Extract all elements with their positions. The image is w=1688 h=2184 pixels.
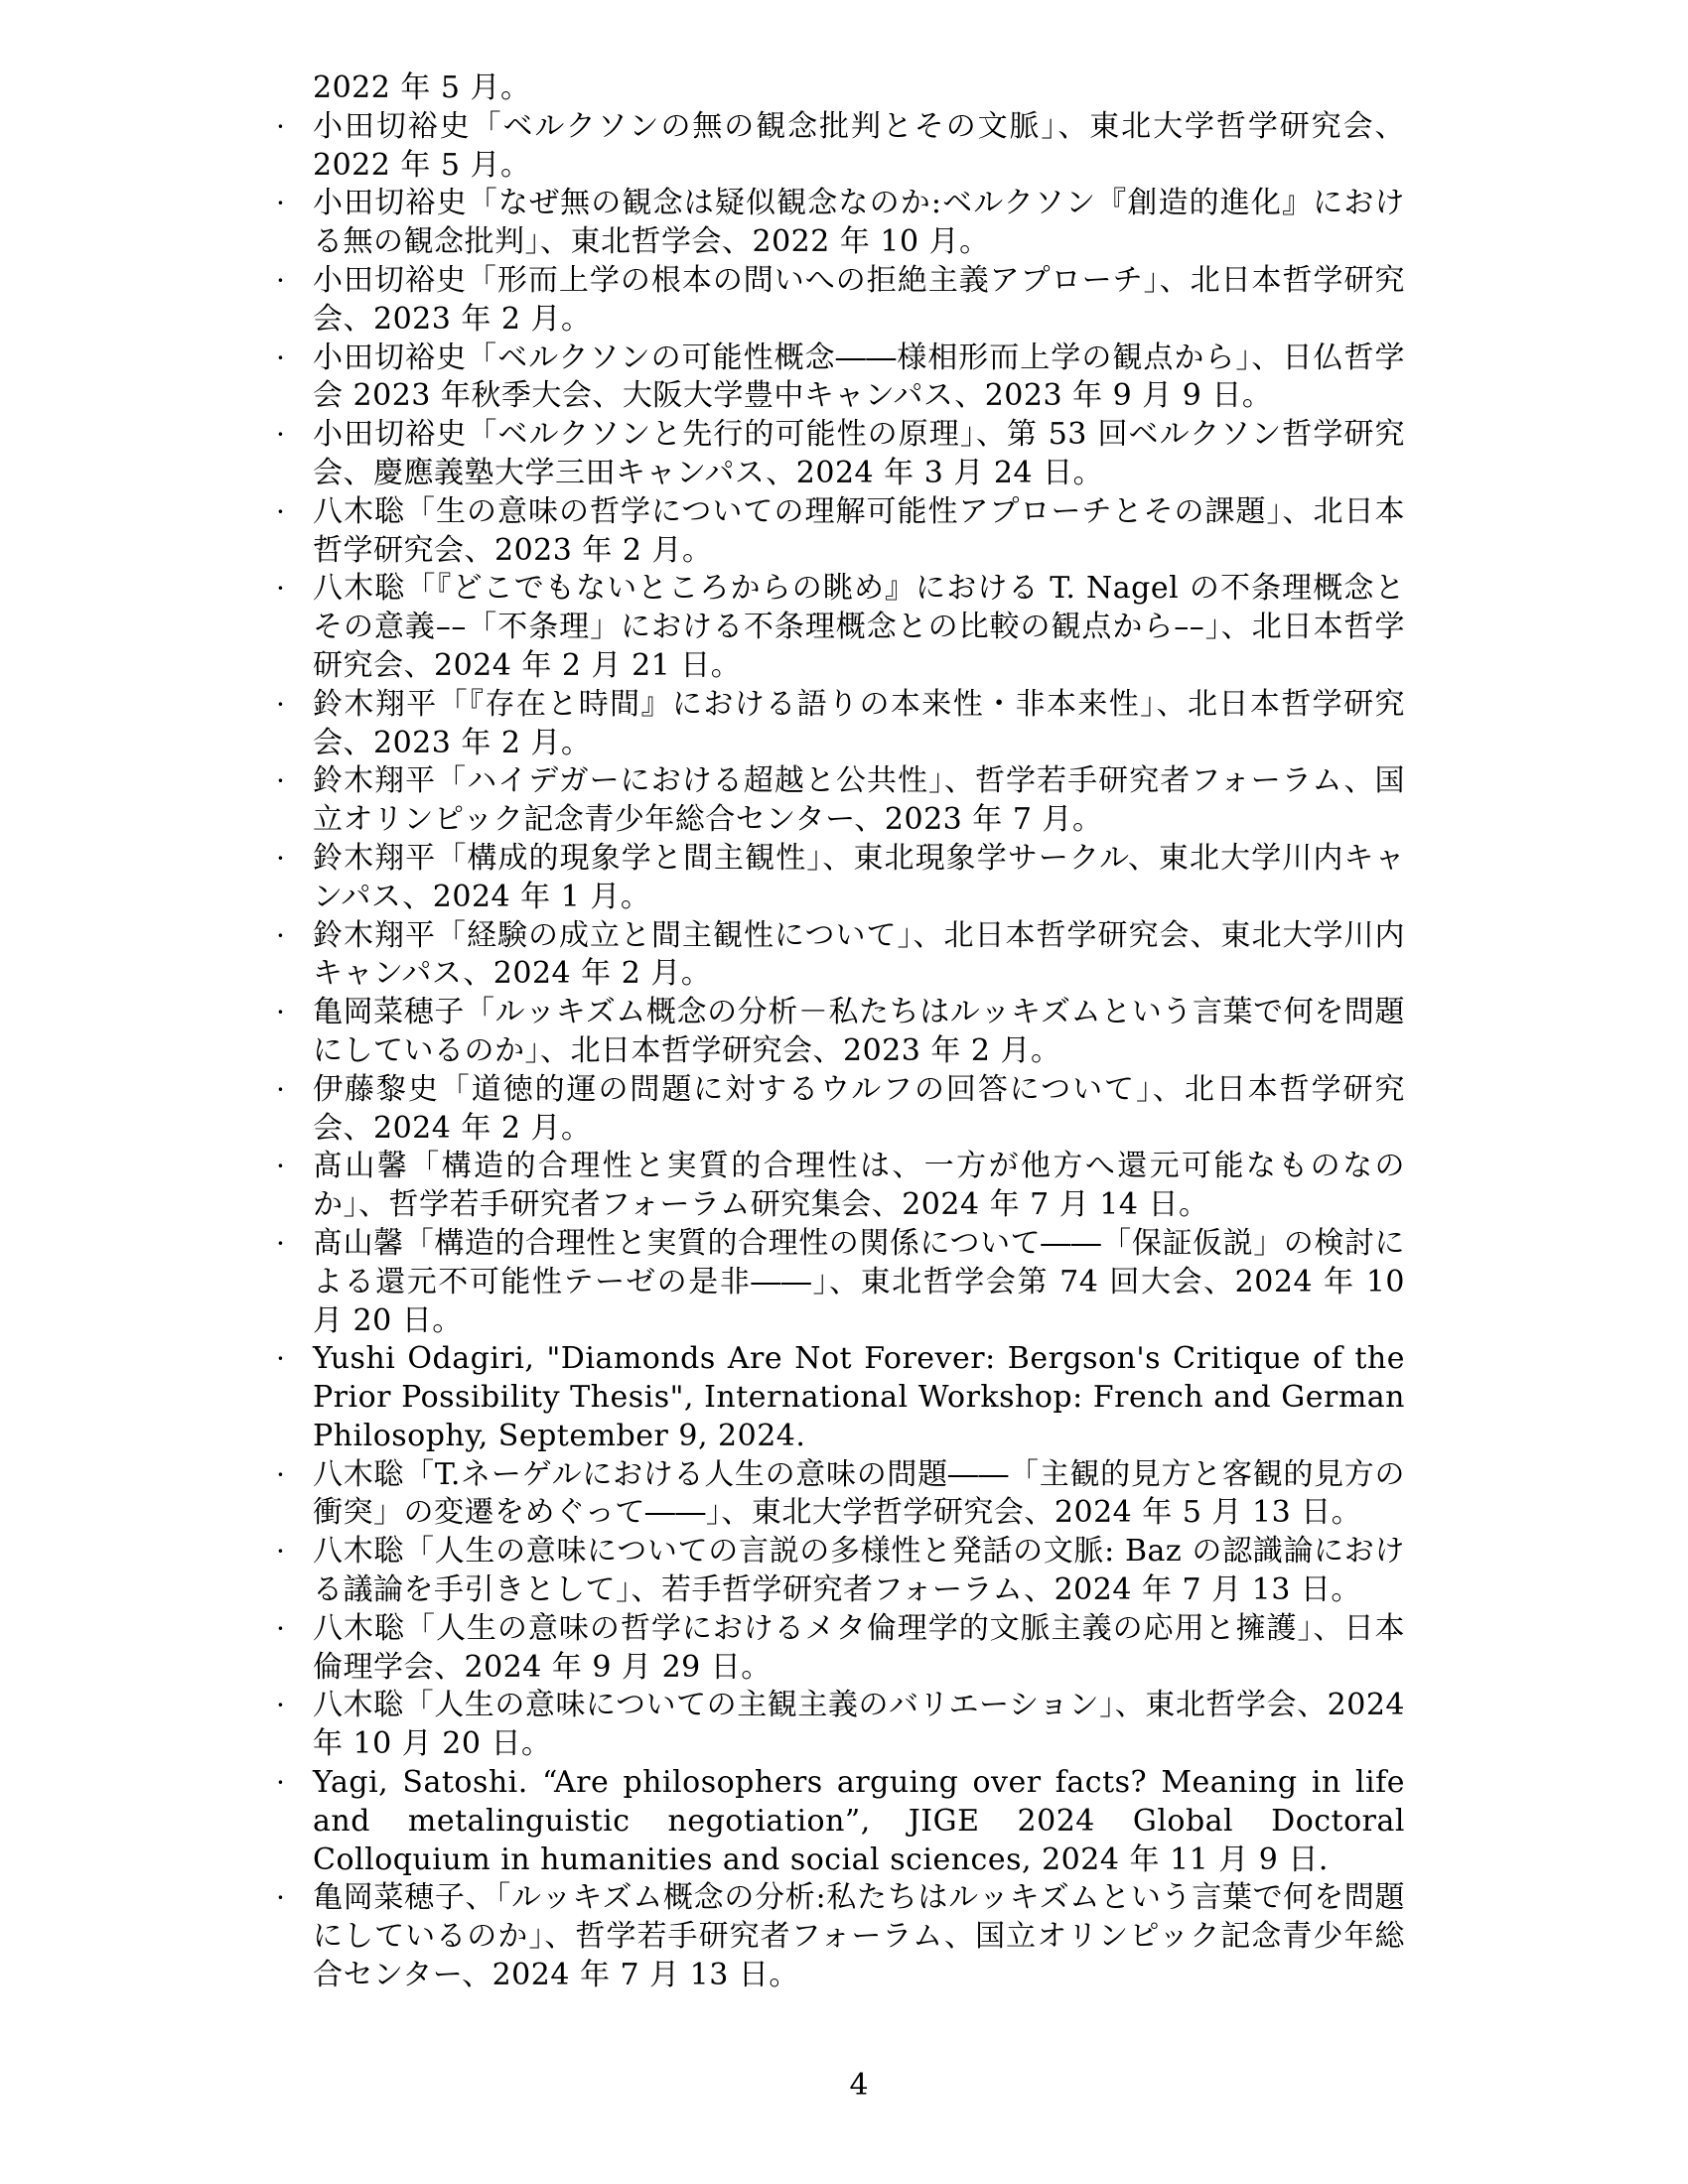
presentation-entry: 小田切裕史「形而上学の根本の問いへの拒絶主義アプローチ」、北日本哲学研究会、20… (313, 263, 1405, 337)
bullet-icon: · (276, 840, 296, 879)
bullet-icon: · (276, 493, 296, 532)
bullet-icon: · (276, 1340, 296, 1379)
bullet-icon: · (276, 1610, 296, 1649)
bullet-icon: · (276, 917, 296, 956)
presentation-entry: 八木聡「生の意味の哲学についての理解可能性アプローチとその課題」、北日本哲学研究… (313, 494, 1405, 568)
list-item: · 亀岡菜穂子、「ルッキズム概念の分析:私たちはルッキズムという言葉で何を問題に… (313, 1879, 1405, 1994)
list-item: · 小田切裕史「ベルクソンの可能性概念――様相形而上学の観点から」、日仏哲学会 … (313, 340, 1405, 417)
list-item: · Yagi, Satoshi. “Are philosophers argui… (313, 1764, 1405, 1879)
presentation-entry: 髙山馨「構造的合理性と実質的合理性は、一方が他方へ還元可能なものなのか」、哲学若… (313, 1149, 1405, 1222)
list-item: · 亀岡菜穂子「ルッキズム概念の分析－私たちはルッキズムという言葉で何を問題にし… (313, 994, 1405, 1071)
list-item: · 鈴木翔平「『存在と時間』における語りの本来性・非本来性」、北日本哲学研究会、… (313, 686, 1405, 763)
list-item: · 鈴木翔平「経験の成立と間主観性について」、北日本哲学研究会、東北大学川内キャ… (313, 917, 1405, 995)
presentation-entry: 八木聡「『どこでもないところからの眺め』における T. Nagel の不条理概念… (313, 571, 1405, 683)
bullet-icon: · (276, 570, 296, 609)
presentation-entry: 鈴木翔平「『存在と時間』における語りの本来性・非本来性」、北日本哲学研究会、20… (313, 687, 1405, 760)
presentation-list: 2022 年 5 月。 · 小田切裕史「ベルクソンの無の観念批判とその文脈」、東… (313, 69, 1405, 1995)
bullet-icon: · (276, 185, 296, 223)
continuation-line: 2022 年 5 月。 (313, 69, 1405, 108)
bullet-icon: · (276, 1456, 296, 1495)
presentation-entry: 小田切裕史「なぜ無の観念は疑似観念なのか:ベルクソン『創造的進化』における無の観… (313, 186, 1405, 259)
presentation-entry: 髙山馨「構造的合理性と実質的合理性の関係について――「保証仮説」の検討による還元… (313, 1226, 1405, 1338)
list-item: · 小田切裕史「形而上学の根本の問いへの拒絶主義アプローチ」、北日本哲学研究会、… (313, 262, 1405, 340)
presentation-entry: 鈴木翔平「構成的現象学と間主観性」、東北現象学サークル、東北大学川内キャンパス、… (313, 841, 1405, 914)
bullet-icon: · (276, 1225, 296, 1264)
presentation-entry: 小田切裕史「ベルクソンの無の観念批判とその文脈」、東北大学哲学研究会、2022 … (313, 109, 1405, 183)
presentation-entry: 八木聡「人生の意味の哲学におけるメタ倫理学的文脈主義の応用と擁護」、日本倫理学会… (313, 1611, 1405, 1685)
bullet-icon: · (276, 1071, 296, 1110)
bullet-icon: · (276, 1148, 296, 1186)
presentation-entry: 亀岡菜穂子、「ルッキズム概念の分析:私たちはルッキズムという言葉で何を問題にして… (313, 1880, 1405, 1992)
list-item: · 小田切裕史「ベルクソンと先行的可能性の原理」、第 53 回ベルクソン哲学研究… (313, 416, 1405, 493)
list-item: · 八木聡「『どこでもないところからの眺め』における T. Nagel の不条理… (313, 570, 1405, 685)
presentation-entry: 鈴木翔平「経験の成立と間主観性について」、北日本哲学研究会、東北大学川内キャンパ… (313, 918, 1405, 992)
presentation-entry: 八木聡「人生の意味についての主観主義のバリエーション」、東北哲学会、2024 年… (313, 1688, 1405, 1761)
bullet-icon: · (276, 1687, 296, 1725)
bullet-icon: · (276, 762, 296, 801)
presentation-entry: Yagi, Satoshi. “Are philosophers arguing… (313, 1765, 1405, 1877)
bullet-icon: · (276, 416, 296, 455)
bullet-icon: · (276, 262, 296, 301)
list-item: · 小田切裕史「ベルクソンの無の観念批判とその文脈」、東北大学哲学研究会、202… (313, 108, 1405, 186)
bullet-icon: · (276, 1879, 296, 1918)
list-item: · 伊藤黎史「道徳的運の問題に対するウルフの回答について」、北日本哲学研究会、2… (313, 1071, 1405, 1149)
bullet-icon: · (276, 686, 296, 725)
presentation-entry: 八木聡「T.ネーゲルにおける人生の意味の問題――「主観的見方と客観的見方の衝突」… (313, 1457, 1405, 1531)
presentation-entry: Yushi Odagiri, "Diamonds Are Not Forever… (313, 1341, 1405, 1453)
document-page: 2022 年 5 月。 · 小田切裕史「ベルクソンの無の観念批判とその文脈」、東… (0, 0, 1688, 2184)
list-item: · 小田切裕史「なぜ無の観念は疑似観念なのか:ベルクソン『創造的進化』における無… (313, 185, 1405, 262)
bullet-icon: · (276, 994, 296, 1032)
list-item: · 八木聡「人生の意味の哲学におけるメタ倫理学的文脈主義の応用と擁護」、日本倫理… (313, 1610, 1405, 1688)
bullet-icon: · (276, 1533, 296, 1571)
presentation-entry: 小田切裕史「ベルクソンの可能性概念――様相形而上学の観点から」、日仏哲学会 20… (313, 341, 1405, 414)
list-item: · 髙山馨「構造的合理性と実質的合理性の関係について――「保証仮説」の検討による… (313, 1225, 1405, 1340)
list-item: · 八木聡「人生の意味についての言説の多様性と発話の文脈: Baz の認識論にお… (313, 1533, 1405, 1610)
bullet-icon: · (276, 1764, 296, 1803)
list-item: · 八木聡「人生の意味についての主観主義のバリエーション」、東北哲学会、2024… (313, 1687, 1405, 1764)
bullet-icon: · (276, 340, 296, 378)
list-item: · 八木聡「T.ネーゲルにおける人生の意味の問題――「主観的見方と客観的見方の衝… (313, 1456, 1405, 1534)
presentation-entry: 伊藤黎史「道徳的運の問題に対するウルフの回答について」、北日本哲学研究会、202… (313, 1072, 1405, 1146)
presentation-entry: 八木聡「人生の意味についての言説の多様性と発話の文脈: Baz の認識論における… (313, 1534, 1405, 1607)
list-item: · 鈴木翔平「構成的現象学と間主観性」、東北現象学サークル、東北大学川内キャンパ… (313, 840, 1405, 917)
page-number: 4 (313, 2067, 1405, 2106)
presentation-entry: 鈴木翔平「ハイデガーにおける超越と公共性」、哲学若手研究者フォーラム、国立オリン… (313, 763, 1405, 837)
presentation-entry: 小田切裕史「ベルクソンと先行的可能性の原理」、第 53 回ベルクソン哲学研究会、… (313, 417, 1405, 490)
bullet-icon: · (276, 108, 296, 147)
list-item: · 鈴木翔平「ハイデガーにおける超越と公共性」、哲学若手研究者フォーラム、国立オ… (313, 762, 1405, 840)
presentation-entry: 亀岡菜穂子「ルッキズム概念の分析－私たちはルッキズムという言葉で何を問題にしてい… (313, 995, 1405, 1068)
list-item: · 八木聡「生の意味の哲学についての理解可能性アプローチとその課題」、北日本哲学… (313, 493, 1405, 571)
list-item: · 髙山馨「構造的合理性と実質的合理性は、一方が他方へ還元可能なものなのか」、哲… (313, 1148, 1405, 1225)
list-item: · Yushi Odagiri, "Diamonds Are Not Forev… (313, 1340, 1405, 1455)
